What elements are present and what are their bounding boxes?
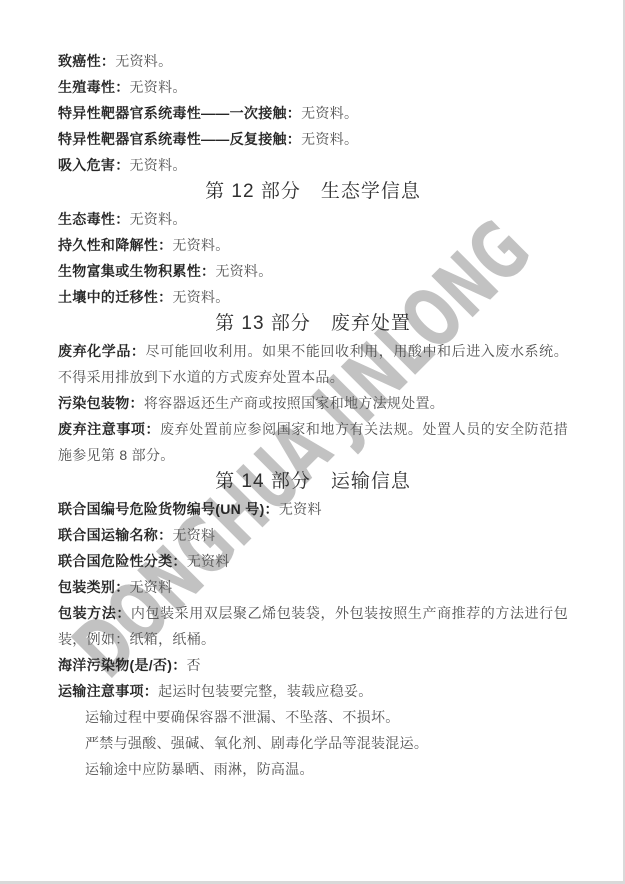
item-label: 运输注意事项： — [58, 683, 158, 699]
item-label: 生态毒性： — [58, 211, 130, 227]
transport-item-shipping-name: 联合国运输名称：无资料 — [58, 522, 568, 548]
section-12-title: 第 12 部分 生态学信息 — [58, 178, 568, 206]
item-label: 生物富集或生物积累性： — [58, 263, 215, 279]
tox-item-stot-single: 特异性靶器官系统毒性——一次接触：无资料。 — [58, 100, 568, 126]
item-value: 无资料。 — [130, 211, 187, 227]
item-value: 无资料 — [172, 527, 215, 543]
item-label: 废弃化学品： — [58, 343, 145, 359]
item-value: 起运时包装要完整，装载应稳妥。 — [158, 683, 373, 699]
transport-note: 严禁与强酸、强碱、氧化剂、剧毒化学品等混装混运。 — [58, 730, 568, 756]
eco-item-soil-mobility: 土壤中的迁移性：无资料。 — [58, 284, 568, 310]
item-value: 无资料。 — [172, 237, 229, 253]
eco-item-persistence: 持久性和降解性：无资料。 — [58, 232, 568, 258]
tox-item-aspiration: 吸入危害：无资料。 — [58, 152, 568, 178]
item-value: 内包装采用双层聚乙烯包装袋，外包装按照生产商推荐的方法进行包装，例如：纸箱，纸桶… — [58, 605, 568, 647]
item-value: 无资料。 — [130, 79, 187, 95]
item-label: 持久性和降解性： — [58, 237, 172, 253]
item-label: 联合国危险性分类： — [58, 553, 187, 569]
transport-item-packing-method: 包装方法：内包装采用双层聚乙烯包装袋，外包装按照生产商推荐的方法进行包装，例如：… — [58, 600, 568, 652]
item-value: 无资料。 — [301, 105, 358, 121]
disposal-item-precautions: 废弃注意事项：废弃处置前应参阅国家和地方有关法规。处置人员的安全防范措施参见第 … — [58, 416, 568, 468]
note-text: 运输途中应防暴晒、雨淋，防高温。 — [85, 761, 314, 777]
note-text: 运输过程中要确保容器不泄漏、不坠落、不损坏。 — [85, 709, 400, 725]
section-14-title: 第 14 部分 运输信息 — [58, 468, 568, 496]
item-value: 无资料。 — [172, 289, 229, 305]
tox-item-reproductive: 生殖毒性：无资料。 — [58, 74, 568, 100]
item-value: 无资料 — [279, 501, 322, 517]
transport-item-precautions: 运输注意事项：起运时包装要完整，装载应稳妥。 — [58, 678, 568, 704]
transport-item-packing-group: 包装类别：无资料 — [58, 574, 568, 600]
transport-note: 运输途中应防暴晒、雨淋，防高温。 — [58, 756, 568, 782]
item-label: 海洋污染物(是/否)： — [58, 657, 187, 673]
item-label: 联合国编号危险货物编号(UN 号)： — [58, 501, 279, 517]
item-label: 致癌性： — [58, 53, 115, 69]
item-value: 无资料 — [130, 579, 173, 595]
item-label: 联合国运输名称： — [58, 527, 172, 543]
item-label: 生殖毒性： — [58, 79, 130, 95]
transport-item-marine-pollutant: 海洋污染物(是/否)：否 — [58, 652, 568, 678]
transport-item-un-number: 联合国编号危险货物编号(UN 号)：无资料 — [58, 496, 568, 522]
item-value: 将容器返还生产商或按照国家和地方法规处置。 — [144, 395, 444, 411]
item-label: 包装类别： — [58, 579, 130, 595]
transport-item-hazard-class: 联合国危险性分类：无资料 — [58, 548, 568, 574]
item-label: 包装方法： — [58, 605, 131, 621]
item-label: 污染包装物： — [58, 395, 144, 411]
item-label: 土壤中的迁移性： — [58, 289, 172, 305]
note-text: 严禁与强酸、强碱、氧化剂、剧毒化学品等混装混运。 — [85, 735, 428, 751]
disposal-item-packaging: 污染包装物：将容器返还生产商或按照国家和地方法规处置。 — [58, 390, 568, 416]
tox-item-carcinogenicity: 致癌性：无资料。 — [58, 48, 568, 74]
tox-item-stot-repeated: 特异性靶器官系统毒性——反复接触：无资料。 — [58, 126, 568, 152]
item-value: 否 — [187, 657, 201, 673]
item-value: 无资料。 — [130, 157, 187, 173]
item-value: 无资料。 — [115, 53, 172, 69]
item-label: 特异性靶器官系统毒性——一次接触： — [58, 105, 301, 121]
item-value: 无资料。 — [301, 131, 358, 147]
disposal-item-chemical: 废弃化学品：尽可能回收利用。如果不能回收利用，用酸中和后进入废水系统。不得采用排… — [58, 338, 568, 390]
item-value: 无资料 — [187, 553, 230, 569]
document-content: 致癌性：无资料。 生殖毒性：无资料。 特异性靶器官系统毒性——一次接触：无资料。… — [0, 0, 623, 782]
eco-item-toxicity: 生态毒性：无资料。 — [58, 206, 568, 232]
transport-note: 运输过程中要确保容器不泄漏、不坠落、不损坏。 — [58, 704, 568, 730]
item-label: 废弃注意事项： — [58, 421, 160, 437]
section-13-title: 第 13 部分 废弃处置 — [58, 310, 568, 338]
item-label: 特异性靶器官系统毒性——反复接触： — [58, 131, 301, 147]
item-label: 吸入危害： — [58, 157, 130, 173]
document-page: DONGHUA JINLONG 致癌性：无资料。 生殖毒性：无资料。 特异性靶器… — [0, 0, 625, 884]
item-value: 无资料。 — [215, 263, 272, 279]
eco-item-bioaccumulation: 生物富集或生物积累性：无资料。 — [58, 258, 568, 284]
